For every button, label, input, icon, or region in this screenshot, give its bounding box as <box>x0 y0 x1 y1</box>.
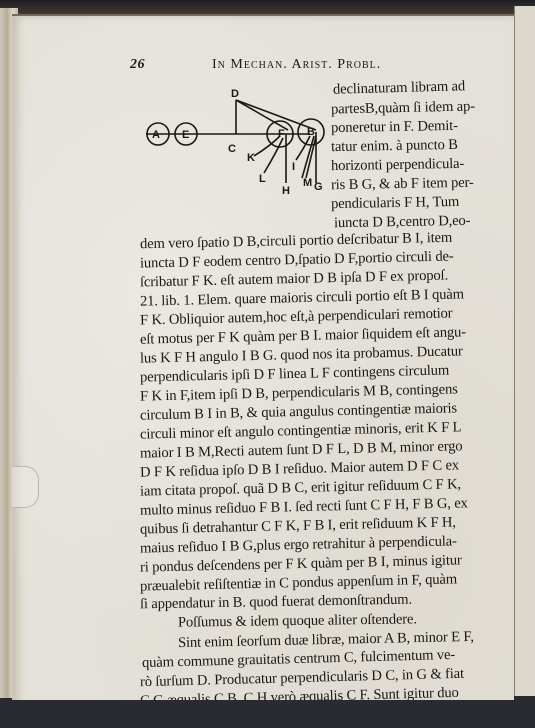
label-G: G <box>314 181 323 193</box>
label-A: A <box>152 129 160 141</box>
balance-figure-icon: A E D C F B K L H I M G <box>138 88 338 198</box>
text-line: poneretur in F. Demit- <box>331 118 458 137</box>
label-M: M <box>303 177 312 189</box>
label-E: E <box>182 129 189 141</box>
book-bottom-background <box>0 700 535 728</box>
text-line: partesB,quàm ſi idem ap- <box>331 98 475 118</box>
label-C: C <box>228 143 236 155</box>
text-line: Poſſumus & idem quoque aliter oſtendere. <box>178 611 417 631</box>
label-B: B <box>307 126 315 138</box>
text-line: pendicularis F H, Tum <box>331 194 459 213</box>
text-line: ris B G, & ab F item per- <box>331 175 474 194</box>
text-line: horizonti perpendicula- <box>331 156 464 175</box>
label-I: I <box>292 161 295 173</box>
page-tab-marker <box>12 466 39 508</box>
lever-diagram: A E D C F B K L H I M G <box>138 88 338 198</box>
label-D: D <box>231 88 239 100</box>
text-line: declinaturam libram ad <box>333 78 465 98</box>
label-K: K <box>247 152 255 164</box>
next-page-edge <box>514 6 535 696</box>
label-F: F <box>278 128 285 140</box>
text-line: tatur enim. à puncto B <box>331 137 458 156</box>
label-L: L <box>259 173 266 185</box>
running-head: In Mechan. Arist. Probl. <box>212 57 381 73</box>
page-number: 26 <box>130 57 145 73</box>
label-H: H <box>282 185 290 197</box>
